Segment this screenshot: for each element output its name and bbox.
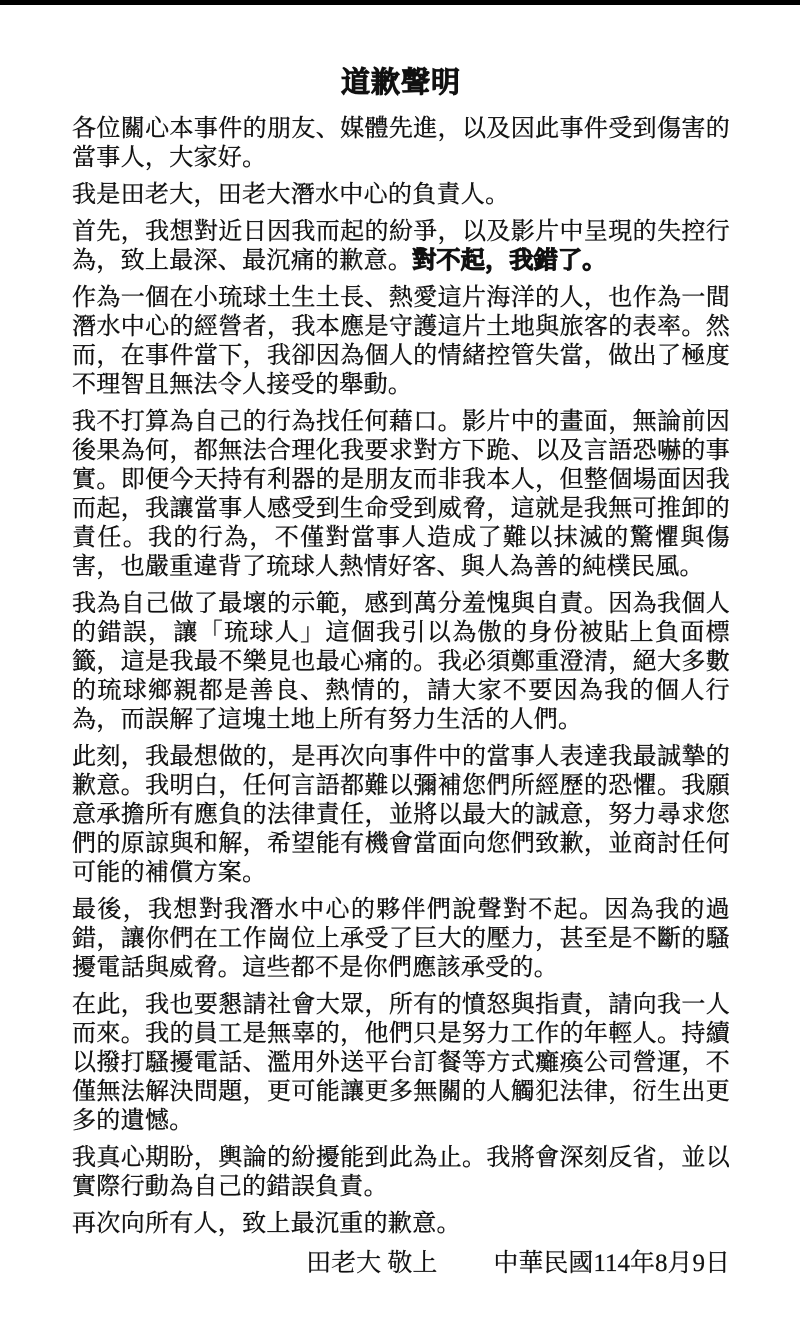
paragraph-reflection: 我真心期盼，輿論的紛擾能到此為止。我將會深刻反省，並以實際行動為自己的錯誤負責。	[72, 1143, 730, 1201]
paragraph-public-appeal: 在此，我也要懇請社會大眾，所有的憤怒與指責，請向我一人而來。我的員工是無辜的，他…	[72, 990, 730, 1135]
paragraph-community-clarification: 我為自己做了最壞的示範，感到萬分羞愧與自責。因為我個人的錯誤，讓「琉球人」這個我…	[72, 589, 730, 734]
paragraph-closing-apology: 再次向所有人，致上最沉重的歉意。	[72, 1209, 730, 1238]
paragraph-self-introduction: 我是田老大，田老大潛水中心的負責人。	[72, 180, 730, 209]
paragraph-apology-opening-text: 首先，我想對近日因我而起的紛爭，以及影片中呈現的失控行為，致上最深、最沉痛的歉意…	[72, 218, 730, 274]
paragraph-background: 作為一個在小琉球土生土長、熱愛這片海洋的人，也作為一間潛水中心的經營者，我本應是…	[72, 283, 730, 399]
paragraph-compensation: 此刻，我最想做的，是再次向事件中的當事人表達我最誠摯的歉意。我明白，任何言語都難…	[72, 742, 730, 887]
apology-document: 道歉聲明 各位關心本事件的朋友、媒體先進，以及因此事件受到傷害的當事人，大家好。…	[0, 5, 800, 1280]
signature-date: 中華民國114年8月9日	[493, 1248, 730, 1280]
paragraph-greeting: 各位關心本事件的朋友、媒體先進，以及因此事件受到傷害的當事人，大家好。	[72, 114, 730, 172]
signature-name: 田老大 敬上	[306, 1248, 437, 1280]
signature-row: 田老大 敬上 中華民國114年8月9日	[72, 1248, 730, 1280]
apology-emphasis-text: 對不起，我錯了。	[412, 247, 606, 274]
document-title: 道歉聲明	[72, 65, 730, 101]
paragraph-responsibility: 我不打算為自己的行為找任何藉口。影片中的畫面，無論前因後果為何，都無法合理化我要…	[72, 407, 730, 581]
paragraph-staff-apology: 最後，我想對我潛水中心的夥伴們說聲對不起。因為我的過錯，讓你們在工作崗位上承受了…	[72, 895, 730, 982]
paragraph-apology-opening: 首先，我想對近日因我而起的紛爭，以及影片中呈現的失控行為，致上最深、最沉痛的歉意…	[72, 217, 730, 275]
